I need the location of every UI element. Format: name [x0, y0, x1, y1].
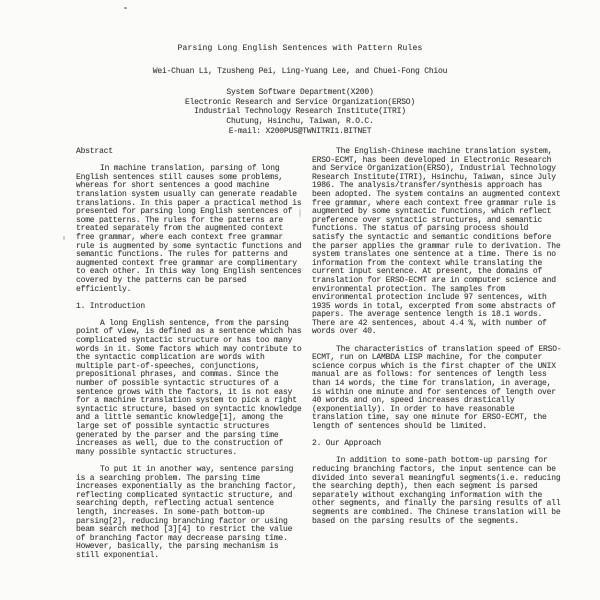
translation-speed-paragraph: The characteristics of translation speed…	[312, 346, 564, 432]
introduction-paragraph-1: A long English sentence, from the parsin…	[76, 320, 304, 458]
scanned-paper-page: Parsing Long English Sentences with Patt…	[0, 0, 600, 600]
affiliation-line-organization: Electronic Research and Service Organiza…	[0, 99, 600, 108]
affiliation-line-email: E-mail: X200PUS@TWNITRI1.BITNET	[0, 128, 600, 137]
affiliation-line-address: Chutung, Hsinchu, Taiwan, R.O.C.	[0, 118, 600, 127]
right-column: The English-Chinese machine translation …	[312, 148, 564, 535]
section-heading-introduction: 1. Introduction	[76, 303, 304, 312]
left-column: Abstract In machine translation, parsing…	[76, 148, 304, 569]
our-approach-paragraph: In addition to some-path bottom-up parsi…	[312, 457, 564, 526]
system-description-paragraph: The English-Chinese machine translation …	[312, 148, 564, 337]
abstract-heading: Abstract	[76, 148, 304, 157]
authors-line: Wei-Chuan Li, Tzusheng Pei, Ling-Yuang L…	[0, 68, 600, 77]
scan-artifact	[63, 236, 65, 240]
section-heading-our-approach: 2. Our Approach	[312, 440, 564, 449]
affiliation-block: System Software Department(X200) Electro…	[0, 89, 600, 136]
introduction-paragraph-2: To put it in another way, sentence parsi…	[76, 466, 304, 561]
affiliation-line-department: System Software Department(X200)	[0, 89, 600, 98]
two-column-body: Abstract In machine translation, parsing…	[76, 148, 586, 569]
scan-artifact	[124, 7, 127, 9]
page-title: Parsing Long English Sentences with Patt…	[0, 45, 600, 54]
affiliation-line-institute: Industrial Technology Research Institute…	[0, 108, 600, 117]
abstract-paragraph: In machine translation, parsing of long …	[76, 165, 304, 294]
paper-header: Parsing Long English Sentences with Patt…	[0, 45, 600, 137]
